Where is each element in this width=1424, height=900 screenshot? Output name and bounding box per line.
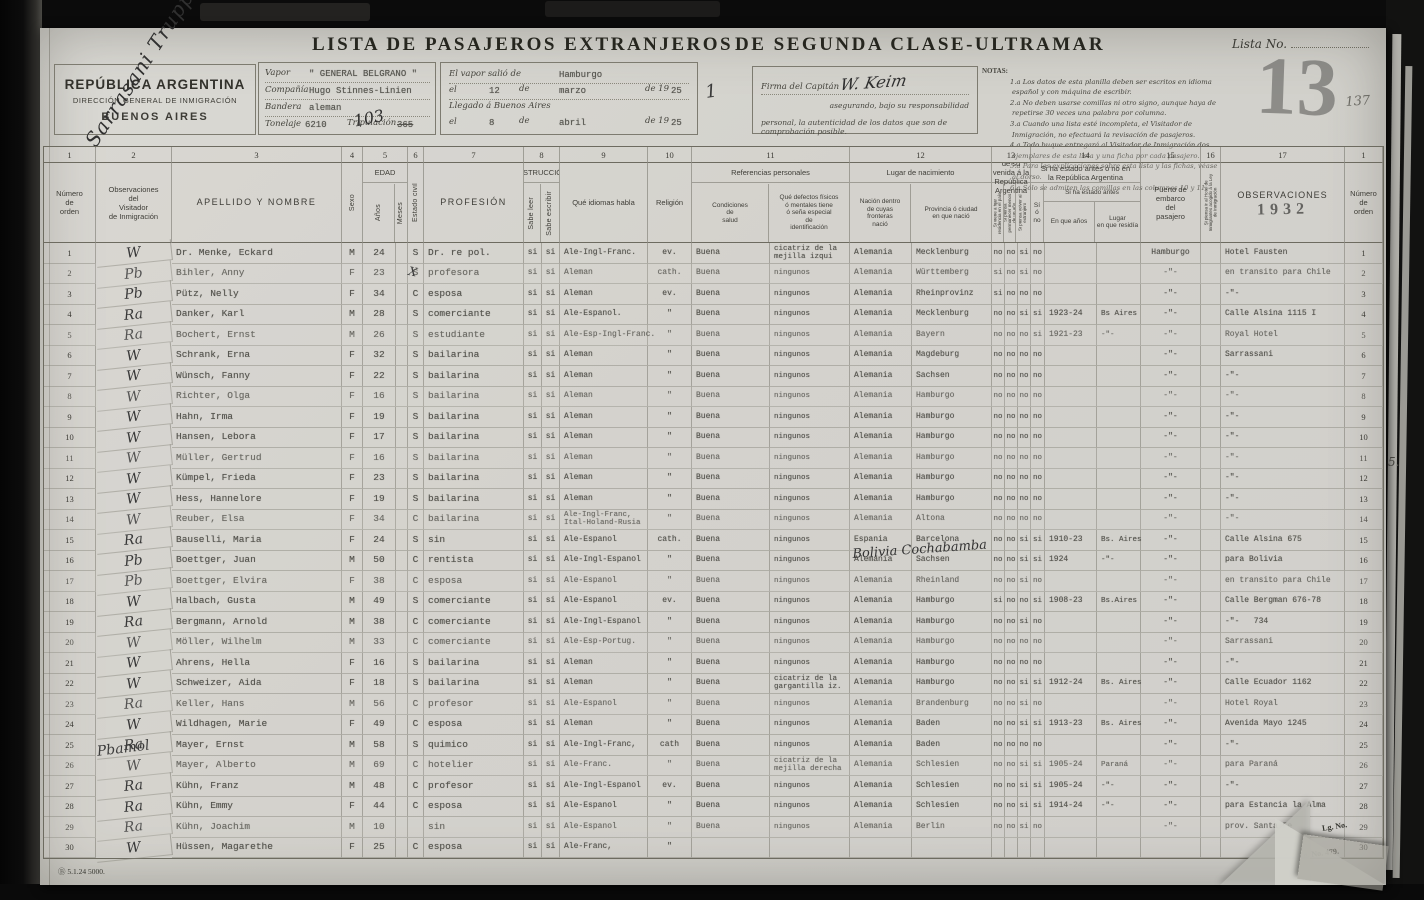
cell-name: Halbach, Gusta [172, 592, 342, 613]
cell-reads: si [524, 510, 542, 531]
cell-languages: Ale-Ingl-Espanol [560, 776, 648, 797]
cell-health: Buena [692, 407, 770, 428]
cell-defects: ningunos [770, 735, 850, 756]
bandera-label: Bandera [265, 102, 301, 112]
cell-years [1045, 366, 1097, 387]
cell-purpose-3: si [1018, 305, 1031, 326]
cell-order-number-right: 6 [1345, 346, 1383, 367]
cell-residence [1097, 633, 1141, 654]
cell-age-years: 22 [363, 366, 396, 387]
cell-sex: F [342, 346, 363, 367]
cell-religion: " [648, 407, 692, 428]
cell-years [1045, 448, 1097, 469]
cell-embark-port: -"- [1141, 571, 1201, 592]
cell-religion: " [648, 551, 692, 572]
cell-civil-status: S [408, 325, 424, 346]
cell-been-before: no [1031, 407, 1045, 428]
cell-age-years: 69 [363, 756, 396, 777]
cell-purpose-1: no [992, 325, 1005, 346]
cell-writes: si [542, 346, 560, 367]
cell-civil-status: C [408, 551, 424, 572]
cell-hotel-flag [1201, 797, 1221, 818]
cell-age-years: 33 [363, 633, 396, 654]
cell-religion: " [648, 653, 692, 674]
llegada-year: 25 [671, 118, 682, 128]
cell-sex: F [342, 510, 363, 531]
cell-name: Möller, Wilhelm [172, 633, 342, 654]
cell-nation: Alemania [850, 489, 912, 510]
cell-defects: ningunos [770, 551, 850, 572]
cell-sex: F [342, 264, 363, 285]
cell-writes: si [542, 838, 560, 859]
cell-name: Müller, Gertrud [172, 448, 342, 469]
header-observaciones: OBSERVACIONES1932 [1221, 163, 1345, 243]
cell-sex: F [342, 469, 363, 490]
cell-civil-status: S [408, 428, 424, 449]
cell-age-years: 49 [363, 715, 396, 736]
cell-age-months [396, 633, 408, 654]
cell-religion: " [648, 387, 692, 408]
cell-nation: Alemania [850, 510, 912, 531]
cell-health: Buena [692, 653, 770, 674]
cell-health: Buena [692, 469, 770, 490]
cell-residence: Bs. Aires [1097, 715, 1141, 736]
cell-been-before: no [1031, 284, 1045, 305]
cell-civil-status: C [408, 797, 424, 818]
cell-residence [1097, 571, 1141, 592]
cell-purpose-3: no [1018, 366, 1031, 387]
cell-defects: cicatriz de la mejilla derecha [770, 756, 850, 777]
cell-hotel-flag [1201, 346, 1221, 367]
cell-embark-port: -"- [1141, 797, 1201, 818]
cell-writes: si [542, 264, 560, 285]
cell-sex: M [342, 243, 363, 264]
cell-purpose-2: no [1005, 592, 1018, 613]
cell-defects: ningunos [770, 325, 850, 346]
cell-health [692, 838, 770, 859]
cell-observations: Calle Ecuador 1162 [1221, 674, 1345, 695]
cell-purpose-2 [1005, 838, 1018, 859]
cell-residence [1097, 264, 1141, 285]
cell-profession: comerciante [424, 305, 524, 326]
cell-order-number-right: 3 [1345, 284, 1383, 305]
cell-religion: " [648, 571, 692, 592]
cell-writes: si [542, 510, 560, 531]
cell-sex: M [342, 551, 363, 572]
cell-profession: estudiante [424, 325, 524, 346]
cell-profession: bailarina [424, 346, 524, 367]
cell-defects: cicatriz de la mejilla izqui [770, 243, 850, 264]
cell-embark-port: -"- [1141, 510, 1201, 531]
cell-civil-status: S [408, 653, 424, 674]
cell-purpose-3: no [1018, 489, 1031, 510]
cell-been-before: si [1031, 530, 1045, 551]
cell-been-before: si [1031, 776, 1045, 797]
header-apellido-nombre: APELLIDO Y NOMBRE [172, 163, 342, 243]
cell-observations: -"- [1221, 735, 1345, 756]
header-visitador: Observaciones del Visitador de Inmigraci… [96, 163, 172, 243]
cell-defects: ningunos [770, 489, 850, 510]
cell-reads: si [524, 592, 542, 613]
cell-observations: -"- [1221, 776, 1345, 797]
cell-hotel-flag [1201, 551, 1221, 572]
cell-languages: Aleman [560, 387, 648, 408]
cell-reads: si [524, 838, 542, 859]
cell-name: Kühn, Emmy [172, 797, 342, 818]
cell-age-months [396, 530, 408, 551]
cell-age-years: 24 [363, 243, 396, 264]
cell-residence [1097, 469, 1141, 490]
cell-civil-status: S [408, 366, 424, 387]
cell-been-before: no [1031, 571, 1045, 592]
cell-age-years: 17 [363, 428, 396, 449]
cell-health: Buena [692, 797, 770, 818]
cell-residence: Bs. Aires [1097, 530, 1141, 551]
vapor-value: " GENERAL BELGRANO " [309, 69, 417, 79]
column-number: 11 [692, 147, 850, 163]
cell-health: Buena [692, 428, 770, 449]
cell-name: Kühn, Franz [172, 776, 342, 797]
cell-been-before: no [1031, 694, 1045, 715]
cell-languages: Ale-Ingl-Franc, Ital-Holand-Rusia [560, 510, 648, 531]
cell-purpose-3: no [1018, 510, 1031, 531]
cell-been-before: si [1031, 305, 1045, 326]
cell-province: Württemberg [912, 264, 992, 285]
cell-languages: Aleman [560, 264, 648, 285]
ship-details-box: Vapor " GENERAL BELGRANO " Compañía Hugo… [258, 62, 436, 135]
cell-age-months [396, 838, 408, 859]
cell-age-months [396, 735, 408, 756]
cell-purpose-1: no [992, 243, 1005, 264]
cell-languages: Ale-Espanol [560, 817, 648, 838]
cell-observations: -"- [1221, 489, 1345, 510]
cell-order-number: 20 [44, 633, 96, 654]
cell-order-number-right: 13 [1345, 489, 1383, 510]
cell-purpose-2: no [1005, 776, 1018, 797]
cell-writes: si [542, 756, 560, 777]
cell-age-months [396, 653, 408, 674]
cell-purpose-3: no [1018, 407, 1031, 428]
cell-hotel-flag [1201, 510, 1221, 531]
cell-age-years: 44 [363, 797, 396, 818]
cell-health: Buena [692, 510, 770, 531]
cell-residence: Bs. Aires [1097, 674, 1141, 695]
cell-health: Buena [692, 530, 770, 551]
cell-order-number: 30 [44, 838, 96, 859]
column-number: 1 [1345, 147, 1383, 163]
agency-box: REPÚBLICA ARGENTINA DIRECCIÓN GENERAL DE… [54, 64, 256, 135]
cell-reads: si [524, 633, 542, 654]
cell-sex: M [342, 694, 363, 715]
cell-writes: si [542, 776, 560, 797]
cell-purpose-1: no [992, 715, 1005, 736]
column-number: 3 [172, 147, 342, 163]
cell-age-years: 16 [363, 387, 396, 408]
cell-residence [1097, 346, 1141, 367]
cell-defects: ningunos [770, 428, 850, 449]
cell-health: Buena [692, 387, 770, 408]
cell-languages: Aleman [560, 674, 648, 695]
cell-defects: ningunos [770, 653, 850, 674]
cell-embark-port: -"- [1141, 674, 1201, 695]
cell-years [1045, 428, 1097, 449]
cell-hotel-flag [1201, 571, 1221, 592]
cell-purpose-1: no [992, 612, 1005, 633]
cell-purpose-1: no [992, 448, 1005, 469]
cell-residence: Bs.Aires [1097, 592, 1141, 613]
cell-sex: M [342, 776, 363, 797]
cell-civil-status: S [408, 469, 424, 490]
cell-observations: Avenida Mayo 1245 [1221, 715, 1345, 736]
cell-civil-status: C [408, 284, 424, 305]
cell-reads: si [524, 489, 542, 510]
cell-purpose-3: no [1018, 346, 1031, 367]
cell-been-before: no [1031, 653, 1045, 674]
cell-purpose-3: no [1018, 448, 1031, 469]
cell-embark-port: -"- [1141, 264, 1201, 285]
cell-purpose-1: no [992, 489, 1005, 510]
cell-defects: ningunos [770, 469, 850, 490]
cell-nation: Alemania [850, 284, 912, 305]
cell-writes: si [542, 407, 560, 428]
cell-observations: Calle Alsina 675 [1221, 530, 1345, 551]
cell-observations: Calle Bergman 676-78 [1221, 592, 1345, 613]
cell-religion: cath. [648, 264, 692, 285]
cell-reads: si [524, 551, 542, 572]
cell-profession: esposa [424, 571, 524, 592]
de-label-2: de [519, 116, 529, 126]
cell-writes: si [542, 243, 560, 264]
cell-health: Buena [692, 612, 770, 633]
cell-embark-port: -"- [1141, 428, 1201, 449]
cell-name: Bauselli, Maria [172, 530, 342, 551]
cell-purpose-2: no [1005, 448, 1018, 469]
cell-nation: Alemania [850, 694, 912, 715]
cell-nation: Alemania [850, 633, 912, 654]
cell-purpose-2: no [1005, 756, 1018, 777]
cell-age-years: 10 [363, 817, 396, 838]
cell-writes: si [542, 674, 560, 695]
cell-profession: hotelier [424, 756, 524, 777]
salio-port: Hamburgo [559, 70, 602, 80]
cell-order-number: 23 [44, 694, 96, 715]
cell-languages: Ale-Ingl-Espanol [560, 551, 648, 572]
cell-writes: si [542, 551, 560, 572]
cell-sex: M [342, 592, 363, 613]
cell-nation: Alemania [850, 797, 912, 818]
cell-languages: Aleman [560, 428, 648, 449]
cell-purpose-1: no [992, 571, 1005, 592]
cell-been-before: no [1031, 735, 1045, 756]
cell-reads: si [524, 325, 542, 346]
cell-profession: quimico [424, 735, 524, 756]
cell-health: Buena [692, 448, 770, 469]
cell-purpose-2: no [1005, 715, 1018, 736]
cell-purpose-1: no [992, 305, 1005, 326]
cell-been-before: no [1031, 448, 1045, 469]
cell-purpose-2: no [1005, 346, 1018, 367]
print-code: Ⓑ 5.1.24 5000. [58, 866, 105, 877]
compania-value: Hugo Stinnes-Linien [309, 86, 412, 96]
cell-name: Hüssen, Magarethe [172, 838, 342, 859]
cell-hotel-flag [1201, 735, 1221, 756]
cell-civil-status: C [408, 756, 424, 777]
cell-hotel-flag [1201, 264, 1221, 285]
cell-sex: M [342, 817, 363, 838]
cell-been-before: no [1031, 633, 1045, 654]
cell-observations: -"- [1221, 366, 1345, 387]
cell-purpose-3: si [1018, 797, 1031, 818]
cell-sex: F [342, 571, 363, 592]
cell-been-before: no [1031, 817, 1045, 838]
cell-order-number: 17 [44, 571, 96, 592]
cell-writes: si [542, 633, 560, 654]
el-label: el [449, 85, 457, 95]
cell-age-months [396, 592, 408, 613]
cell-name: Pütz, Nelly [172, 284, 342, 305]
cell-profession: comerciante [424, 592, 524, 613]
cell-observations: -"- [1221, 428, 1345, 449]
cell-order-number-right: 17 [1345, 571, 1383, 592]
salio-year: 25 [671, 86, 682, 96]
cell-hotel-flag [1201, 592, 1221, 613]
cell-years: 1905-24 [1045, 756, 1097, 777]
cell-age-months [396, 756, 408, 777]
cell-been-before: no [1031, 510, 1045, 531]
cell-purpose-2: no [1005, 633, 1018, 654]
cell-religion: " [648, 715, 692, 736]
cell-purpose-3: si [1018, 530, 1031, 551]
cell-name: Dr. Menke, Eckard [172, 243, 342, 264]
cell-name: Wildhagen, Marie [172, 715, 342, 736]
cell-been-before: si [1031, 551, 1045, 572]
cell-been-before: no [1031, 612, 1045, 633]
cell-purpose-2: no [1005, 571, 1018, 592]
cell-purpose-2: no [1005, 694, 1018, 715]
cell-profession: bailarina [424, 674, 524, 695]
cell-province: Hamburgo [912, 489, 992, 510]
book-spine [0, 0, 42, 900]
cell-embark-port: -"- [1141, 551, 1201, 572]
cell-hotel-flag [1201, 715, 1221, 736]
cell-age-months [396, 612, 408, 633]
cell-civil-status: C [408, 694, 424, 715]
cell-years: 1923-24 [1045, 305, 1097, 326]
cell-order-number: 22 [44, 674, 96, 695]
cell-religion: " [648, 428, 692, 449]
cell-languages: Aleman [560, 346, 648, 367]
cell-order-number: 3 [44, 284, 96, 305]
cell-defects: ningunos [770, 407, 850, 428]
cell-order-number-right: 21 [1345, 653, 1383, 674]
cell-age-months [396, 571, 408, 592]
cell-profession: bailarina [424, 489, 524, 510]
cell-embark-port: -"- [1141, 694, 1201, 715]
cell-purpose-2: no [1005, 469, 1018, 490]
cell-civil-status: S [408, 387, 424, 408]
cell-purpose-2: no [1005, 407, 1018, 428]
cell-health: Buena [692, 715, 770, 736]
cell-residence [1097, 387, 1141, 408]
cell-purpose-1: no [992, 428, 1005, 449]
cell-years [1045, 817, 1097, 838]
cell-age-months [396, 674, 408, 695]
cell-residence [1097, 489, 1141, 510]
column-number: 12 [850, 147, 992, 163]
cell-years [1045, 387, 1097, 408]
cell-embark-port: -"- [1141, 448, 1201, 469]
cell-writes: si [542, 448, 560, 469]
cell-purpose-2: no [1005, 489, 1018, 510]
document-page: LISTA DE PASAJEROS EXTRANJEROS DE SEGUND… [40, 28, 1386, 885]
cell-civil-status: S [408, 407, 424, 428]
cell-order-number: 11 [44, 448, 96, 469]
cell-health: Buena [692, 551, 770, 572]
cell-sex: F [342, 797, 363, 818]
cell-profession: rentista [424, 551, 524, 572]
cell-health: Buena [692, 776, 770, 797]
cell-age-years: 16 [363, 653, 396, 674]
column-number: 17 [1221, 147, 1345, 163]
cell-age-years: 38 [363, 612, 396, 633]
cell-order-number: 12 [44, 469, 96, 490]
cell-name: Reuber, Elsa [172, 510, 342, 531]
cell-languages: Aleman [560, 489, 648, 510]
cell-been-before: no [1031, 366, 1045, 387]
cell-purpose-3: si [1018, 674, 1031, 695]
cell-languages: Aleman [560, 653, 648, 674]
cell-age-months [396, 510, 408, 531]
cell-languages: Ale-Espanol [560, 592, 648, 613]
cell-profession: bailarina [424, 653, 524, 674]
cell-defects: cicatriz de la gargantilla iz. [770, 674, 850, 695]
cell-profession: bailarina [424, 387, 524, 408]
cell-civil-status [408, 817, 424, 838]
cell-residence: -"- [1097, 325, 1141, 346]
cell-profession: bailarina [424, 407, 524, 428]
cell-residence [1097, 735, 1141, 756]
document-title-left: LISTA DE PASAJEROS EXTRANJEROS [312, 34, 733, 56]
cell-hotel-flag [1201, 776, 1221, 797]
cell-sex: F [342, 407, 363, 428]
cell-embark-port: -"- [1141, 817, 1201, 838]
cell-embark-port: -"- [1141, 715, 1201, 736]
cell-age-years: 26 [363, 325, 396, 346]
cell-hotel-flag [1201, 756, 1221, 777]
cell-purpose-1: no [992, 387, 1005, 408]
cell-embark-port: -"- [1141, 489, 1201, 510]
cell-order-number-right: 23 [1345, 694, 1383, 715]
cell-civil-status: C [408, 838, 424, 859]
cell-province: Hamburgo [912, 469, 992, 490]
cell-writes: si [542, 817, 560, 838]
cell-religion: cath [648, 735, 692, 756]
cell-purpose-2: no [1005, 797, 1018, 818]
cell-defects: ningunos [770, 776, 850, 797]
cell-years: 1912-24 [1045, 674, 1097, 695]
cell-order-number-right: 8 [1345, 387, 1383, 408]
cell-observations: Hotel Fausten [1221, 243, 1345, 264]
cell-province: Sachsen [912, 366, 992, 387]
cell-health: Buena [692, 571, 770, 592]
cell-hotel-flag [1201, 325, 1221, 346]
cell-years [1045, 510, 1097, 531]
cell-languages: Aleman [560, 366, 648, 387]
tripulacion-typed-value: 365 [397, 120, 413, 130]
cell-health: Buena [692, 284, 770, 305]
cell-purpose-2: no [1005, 530, 1018, 551]
cell-civil-status: S [408, 346, 424, 367]
